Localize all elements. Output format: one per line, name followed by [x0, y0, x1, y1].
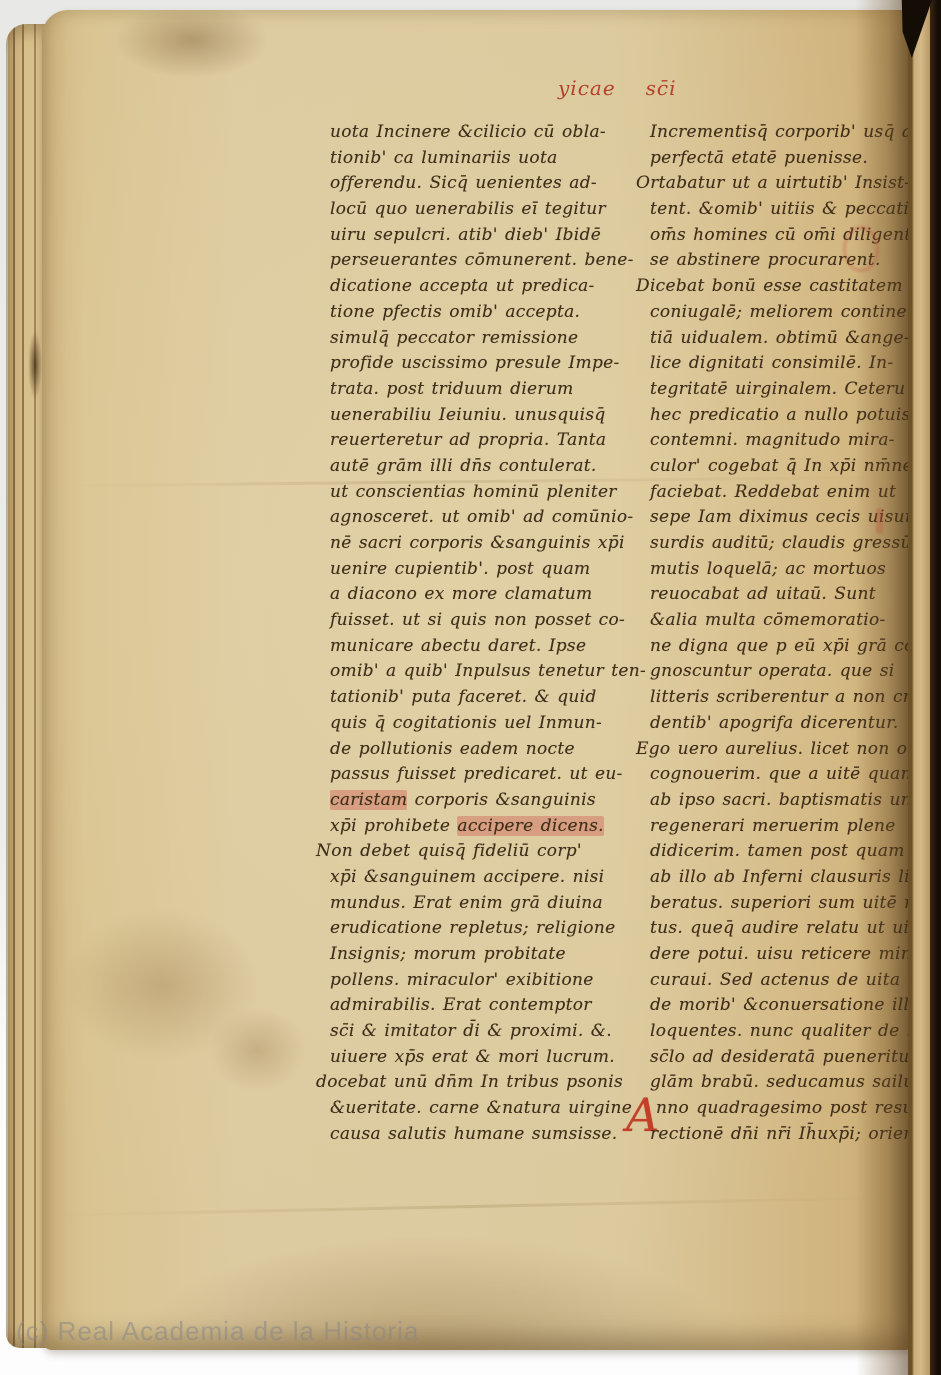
line-text: fuisset. ut si quis non posset co-	[330, 610, 625, 630]
line-text: perseuerantes cōmunerent. bene-	[330, 250, 634, 270]
text-line: passus fuisset predicaret. ut eu-	[330, 764, 630, 790]
text-line: xp̄i &sanguinem accipere. nisi	[330, 867, 630, 893]
line-text: &ueritate. carne &natura uirgine	[330, 1098, 632, 1118]
text-line: dicatione accepta ut predica-	[330, 276, 630, 302]
running-title: yicae sc̄i	[558, 76, 718, 100]
line-text: omib' a quib' Inpulsus tenetur ten-	[330, 661, 646, 681]
margin-initial: E	[636, 739, 649, 759]
line-text: uenire cupientib'. post quam	[330, 559, 590, 579]
line-text: perfectā etatē puenisse.	[650, 148, 868, 168]
text-line: omib' a quib' Inpulsus tenetur ten-	[330, 661, 630, 687]
text-line: tionib' ca luminariis uota	[330, 148, 630, 174]
text-line: agnosceret. ut omib' ad comūnio-	[330, 507, 630, 533]
text-line: municare abectu daret. Ipse	[330, 636, 630, 662]
margin-initial: O	[636, 173, 650, 193]
text-line: fuisset. ut si quis non posset co-	[330, 610, 630, 636]
line-text: agnosceret. ut omib' ad comūnio-	[330, 507, 633, 527]
line-text: causa salutis humane sumsisse.	[330, 1124, 617, 1144]
text-line: de pollutionis eadem nocte	[330, 739, 630, 765]
line-text: tione pfectis omib' accepta.	[330, 302, 580, 322]
line-text: ut conscientias hominū pleniter	[330, 482, 617, 502]
text-line: erudicatione repletus; religione	[330, 918, 630, 944]
margin-initial: d	[316, 1072, 327, 1092]
line-text: on debet quisq̄ fideliū corp'	[331, 841, 582, 861]
line-text: locū quo uenerabilis eī tegitur	[330, 199, 606, 219]
line-text: mutis loquelā; ac mortuos	[650, 559, 886, 579]
line-text: corporis &sanguinis	[407, 790, 595, 810]
text-line: uenerabiliu Ieiuniu. unusquisq̄	[330, 405, 630, 431]
line-text: tationib' puta faceret. & quid	[330, 687, 597, 707]
binding-dark-edge	[930, 0, 941, 1375]
text-line: simulq̄ peccator remissione	[330, 328, 630, 354]
line-text: a diacono ex more clamatum	[330, 584, 592, 604]
copyright-watermark: (c) Real Academia de la Historia	[16, 1316, 419, 1347]
margin-initial: N	[316, 841, 331, 861]
text-line: nē sacri corporis &sanguinis xp̄i	[330, 533, 630, 559]
line-text: simulq̄ peccator remissione	[330, 328, 578, 348]
margin-red-mark	[876, 508, 883, 534]
highlighted-text: accipere dicens.	[457, 816, 603, 836]
line-text: autē grām illi dn̄s contulerat.	[330, 456, 597, 476]
text-line: Insignis; morum probitate	[330, 944, 630, 970]
line-text: trata. post triduum dierum	[330, 379, 574, 399]
line-text: erudicatione repletus; religione	[330, 918, 615, 938]
text-column-left: uota Incinere &cilicio cū obla-tionib' c…	[318, 122, 630, 1150]
text-line: locū quo uenerabilis eī tegitur	[330, 199, 630, 225]
line-text: xp̄i &sanguinem accipere. nisi	[330, 867, 604, 887]
text-line: ut conscientias hominū pleniter	[330, 482, 630, 508]
running-title-left: yicae	[558, 76, 616, 100]
text-line: tione pfectis omib' accepta.	[330, 302, 630, 328]
binding-gutter-shadow	[856, 0, 910, 1375]
line-text: uiru sepulcri. atib' dieb' Ibidē	[330, 225, 601, 245]
text-line: mundus. Erat enim grā diuina	[330, 893, 630, 919]
text-line: sc̄i & imitator d̄i & proximi. &.	[330, 1021, 630, 1047]
line-text: quis q̄ cogitationis uel Inmun-	[330, 713, 602, 733]
parchment-crease	[52, 1196, 892, 1217]
line-text: offerendu. Sicq̄ uenientes ad-	[330, 173, 597, 193]
text-line: xp̄i prohibete accipere dicens.	[330, 816, 630, 842]
text-line: causa salutis humane sumsisse.	[330, 1124, 630, 1150]
line-text: passus fuisset predicaret. ut eu-	[330, 764, 623, 784]
text-line: profide uscissimo presule Impe-	[330, 353, 630, 379]
line-text: mundus. Erat enim grā diuina	[330, 893, 603, 913]
line-text: nē sacri corporis &sanguinis xp̄i	[330, 533, 625, 553]
line-text: admirabilis. Erat contemptor	[330, 995, 592, 1015]
text-line: pollens. miraculor' exibitione	[330, 970, 630, 996]
text-line: offerendu. Sicq̄ uenientes ad-	[330, 173, 630, 199]
line-text: Insignis; morum probitate	[330, 944, 566, 964]
text-line: perseuerantes cōmunerent. bene-	[330, 250, 630, 276]
line-text: de pollutionis eadem nocte	[330, 739, 575, 759]
line-text: dicatione accepta ut predica-	[330, 276, 595, 296]
line-text: profide uscissimo presule Impe-	[330, 353, 620, 373]
line-text: tionib' ca luminariis uota	[330, 148, 558, 168]
line-text: uiuere xp̄s erat & mori lucrum.	[330, 1047, 615, 1067]
text-line: a diacono ex more clamatum	[330, 584, 630, 610]
manuscript-photo: yicae sc̄i uota Incinere &cilicio cū obl…	[0, 0, 941, 1375]
text-line: &ueritate. carne &natura uirgine	[330, 1098, 630, 1124]
text-line: uenire cupientib'. post quam	[330, 559, 630, 585]
running-title-right: sc̄i	[646, 76, 677, 100]
text-line: uota Incinere &cilicio cū obla-	[330, 122, 630, 148]
text-line: reuerteretur ad propria. Tanta	[330, 430, 630, 456]
line-text: uenerabiliu Ieiuniu. unusquisq̄	[330, 405, 606, 425]
library-stamp	[843, 226, 879, 272]
text-line: Non debet quisq̄ fideliū corp'	[330, 841, 630, 867]
line-text: sc̄i & imitator d̄i & proximi. &.	[330, 1021, 612, 1041]
line-text: &alia multa cōmemoratio-	[650, 610, 886, 630]
line-text: reuocabat ad uitaū. Sunt	[650, 584, 876, 604]
line-text: uota Incinere &cilicio cū obla-	[330, 122, 606, 142]
manuscript-page: yicae sc̄i uota Incinere &cilicio cū obl…	[42, 10, 910, 1350]
text-line: docebat unū dn̄m In tribus psonis	[330, 1072, 630, 1098]
text-line: autē grām illi dn̄s contulerat.	[330, 456, 630, 482]
line-text: municare abectu daret. Ipse	[330, 636, 586, 656]
text-line: admirabilis. Erat contemptor	[330, 995, 630, 1021]
line-text: ocebat unū dn̄m In tribus psonis	[327, 1072, 623, 1092]
text-line: caristam corporis &sanguinis	[330, 790, 630, 816]
line-text: reuerteretur ad propria. Tanta	[330, 430, 606, 450]
text-line: uiuere xp̄s erat & mori lucrum.	[330, 1047, 630, 1073]
text-line: quis q̄ cogitationis uel Inmun-	[330, 713, 630, 739]
margin-initial: D	[636, 276, 650, 296]
text-line: uiru sepulcri. atib' dieb' Ibidē	[330, 225, 630, 251]
line-text: xp̄i prohibete	[330, 816, 457, 836]
highlighted-text: caristam	[330, 790, 407, 810]
text-line: trata. post triduum dierum	[330, 379, 630, 405]
text-line: tationib' puta faceret. & quid	[330, 687, 630, 713]
line-text: pollens. miraculor' exibitione	[330, 970, 594, 990]
edge-stain	[28, 330, 42, 400]
